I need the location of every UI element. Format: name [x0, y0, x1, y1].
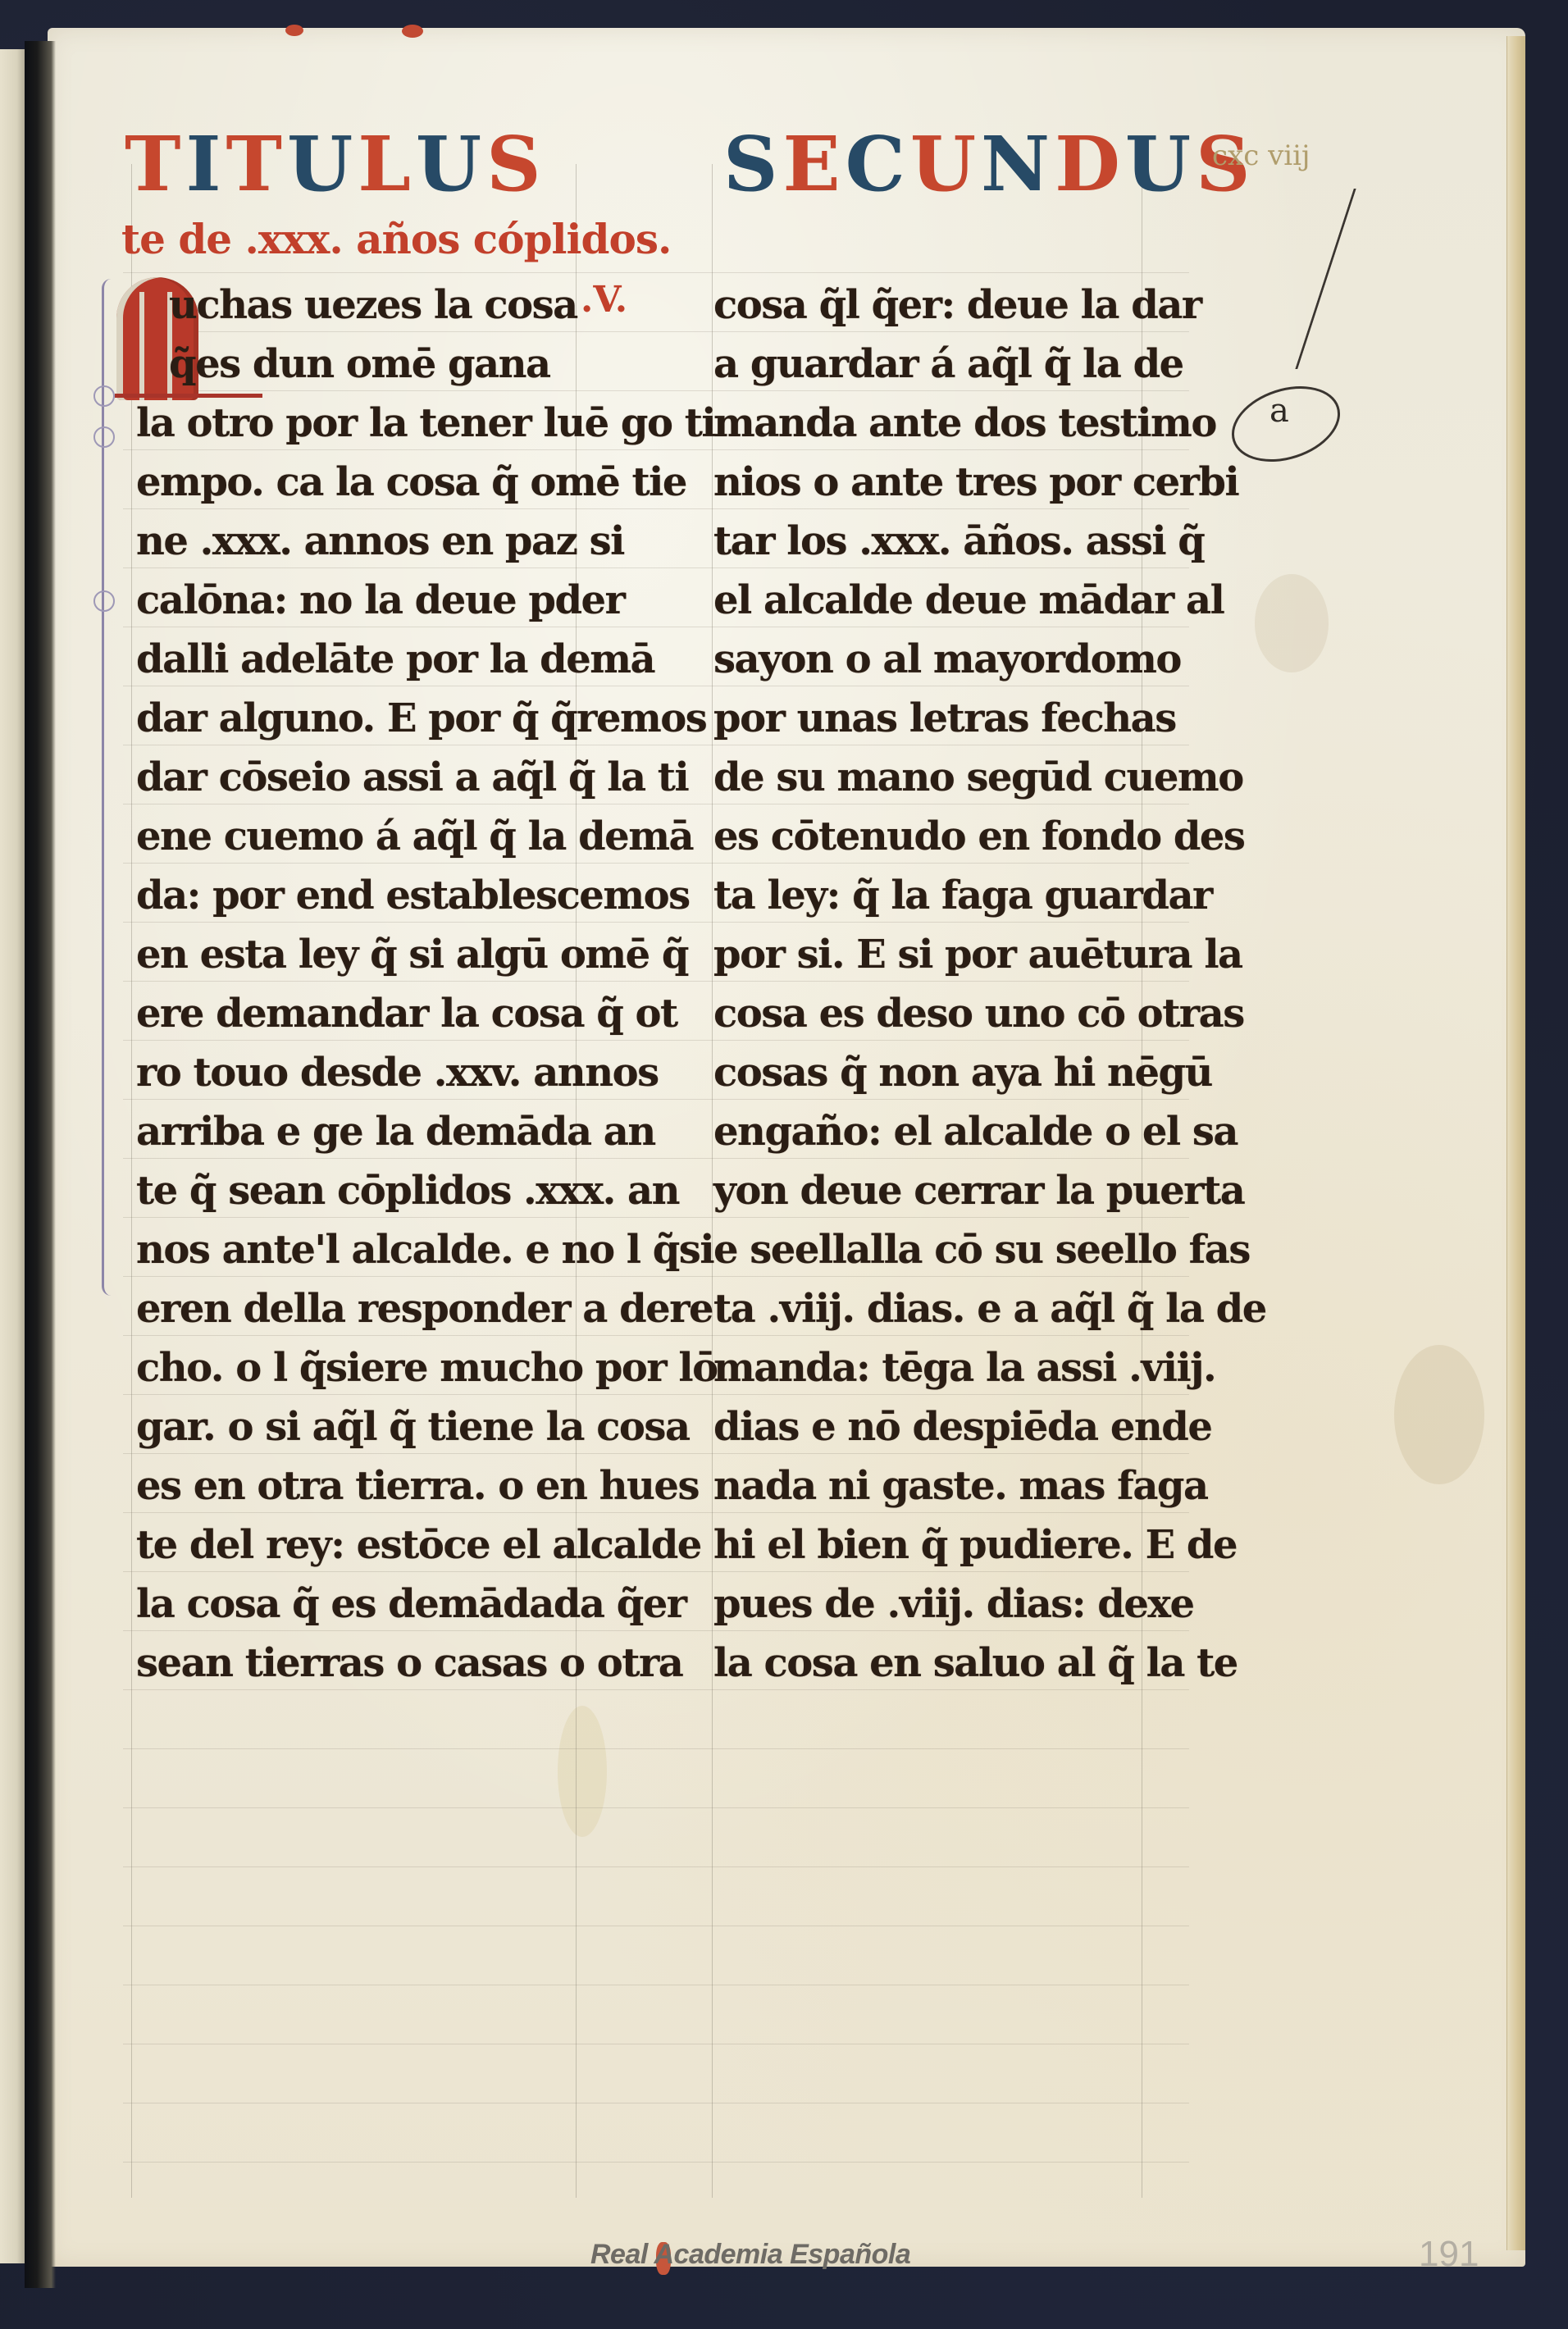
rubric-letter: T [225, 123, 285, 205]
manuscript-line: cosa q̃l q̃er: deue la dar [713, 276, 1189, 335]
manuscript-line: te del rey: estōce el alcalde [136, 1515, 612, 1575]
rubric-letter: U [909, 123, 979, 205]
manuscript-line: gar. o si aq̃l q̃ tiene la cosa [136, 1397, 612, 1456]
stain [1394, 1345, 1484, 1484]
manuscript-line: por unas letras fechas [713, 689, 1189, 748]
text-column-left: uchas uezes la cosaq̃es dun omē ganala o… [136, 276, 612, 1693]
manuscript-line: uchas uezes la cosa [136, 276, 612, 335]
binding-gutter [25, 41, 56, 2288]
page-edge [1506, 36, 1525, 2250]
red-wax-drip [402, 25, 423, 38]
ruling-horizontal [123, 1985, 1189, 1985]
manuscript-line: en esta ley q̃ si algū omē q̃ [136, 925, 612, 984]
rubric-letter: I [184, 123, 224, 205]
rubric-letter: U [414, 123, 485, 205]
manuscript-line: e seellalla cō su seello fas [713, 1220, 1189, 1279]
manuscript-line: la cosa q̃ es demādada q̃er [136, 1575, 612, 1634]
ruling-horizontal [123, 1926, 1189, 1926]
manuscript-line: es cōtenudo en fondo des [713, 807, 1189, 866]
rubric-title-secundus: SECUNDUS [722, 123, 1254, 205]
margin-note-folio-count: cxc viij [1212, 139, 1310, 172]
manuscript-line: sayon o al mayordomo [713, 630, 1189, 689]
rubric-letter: C [844, 123, 909, 205]
ruling-vertical [712, 164, 713, 2198]
manuscript-line: pues de .viij. dias: dexe [713, 1575, 1189, 1634]
manuscript-line: calōna: no la deue pder [136, 571, 612, 630]
watermark-real-academia: Real Academia Española [590, 2239, 910, 2271]
red-wax-drip [285, 25, 303, 36]
folio-number: 191 [1419, 2234, 1479, 2275]
rubric-letter: S [722, 123, 781, 205]
manuscript-line: la cosa en saluo al q̃ la te [713, 1634, 1189, 1693]
manuscript-line: ro touo desde .xxv. annos [136, 1043, 612, 1102]
text-column-right: cosa q̃l q̃er: deue la dara guardar á aq… [713, 276, 1189, 1693]
manuscript-line: ta .viij. dias. e a aq̃l q̃ la de [713, 1279, 1189, 1338]
manuscript-line: hi el bien q̃ pudiere. E de [713, 1515, 1189, 1575]
manuscript-line: eren della responder a dere [136, 1279, 612, 1338]
rubric-subtitle: te de .xxx. años cóplidos. [121, 215, 671, 263]
manuscript-line: nos ante'l alcalde. e no l q̃si [136, 1220, 612, 1279]
signature-letter: a [1269, 392, 1289, 430]
manuscript-line: yon deue cerrar la puerta [713, 1161, 1189, 1220]
rubric-title-titulus: TITULUS [123, 123, 545, 205]
ruling-horizontal [123, 2103, 1189, 2103]
manuscript-line: empo. ca la cosa q̃ omē tie [136, 453, 612, 512]
rubric-letter: E [781, 123, 843, 205]
manuscript-line: nios o ante tres por cerbi [713, 453, 1189, 512]
manuscript-line: ere demandar la cosa q̃ ot [136, 984, 612, 1043]
manuscript-line: engaño: el alcalde o el sa [713, 1102, 1189, 1161]
manuscript-line: dar alguno. E por q̃ q̃remos [136, 689, 612, 748]
rubric-letter: U [285, 123, 356, 205]
flourish-curl [93, 385, 115, 407]
rubric-letter: T [123, 123, 184, 205]
ruling-horizontal [123, 1866, 1189, 1867]
manuscript-line: arriba e ge la demāda an [136, 1102, 612, 1161]
manuscript-line: manda ante dos testimo [713, 394, 1189, 453]
rubric-letter: N [979, 123, 1053, 205]
ruling-horizontal [123, 1807, 1189, 1808]
previous-page-edge [0, 49, 28, 2263]
ruling-horizontal [123, 2162, 1189, 2163]
flourish-curl [93, 426, 115, 448]
manuscript-line: te q̃ sean cōplidos .xxx. an [136, 1161, 612, 1220]
manuscript-line: dalli adelāte por la demā [136, 630, 612, 689]
manuscript-line: q̃es dun omē gana [136, 335, 612, 394]
manuscript-line: ta ley: q̃ la faga guardar [713, 866, 1189, 925]
ruling-horizontal [123, 2044, 1189, 2044]
rubric-letter: S [485, 123, 544, 205]
manuscript-line: dias e nō despiēda ende [713, 1397, 1189, 1456]
flourish-curl [93, 590, 115, 612]
rubric-letter: D [1053, 123, 1124, 205]
manuscript-line: tar los .xxx. āños. assi q̃ [713, 512, 1189, 571]
manuscript-line: el alcalde deue mādar al [713, 571, 1189, 630]
stain [1255, 574, 1329, 672]
manuscript-line: ene cuemo á aq̃l q̃ la demā [136, 807, 612, 866]
ruling-horizontal [123, 1748, 1189, 1749]
manuscript-line: sean tierras o casas o otra [136, 1634, 612, 1693]
manuscript-line: por si. E si por auētura la [713, 925, 1189, 984]
manuscript-line: a guardar á aq̃l q̃ la de [713, 335, 1189, 394]
manuscript-line: nada ni gaste. mas faga [713, 1456, 1189, 1515]
manuscript-line: cosas q̃ non aya hi nēgū [713, 1043, 1189, 1102]
manuscript-line: es en otra tierra. o en hues [136, 1456, 612, 1515]
rubric-letter: L [356, 123, 414, 205]
ruling-vertical [131, 164, 132, 2198]
ruling-horizontal [123, 272, 1189, 273]
manuscript-line: la otro por la tener luē go ti [136, 394, 612, 453]
manuscript-line: cosa es deso uno cō otras [713, 984, 1189, 1043]
manuscript-line: dar cōseio assi a aq̃l q̃ la ti [136, 748, 612, 807]
rubric-letter: U [1124, 123, 1194, 205]
manuscript-line: cho. o l q̃siere mucho por lō [136, 1338, 612, 1397]
stain [558, 1706, 607, 1837]
manuscript-line: da: por end establescemos [136, 866, 612, 925]
manuscript-line: manda: tēga la assi .viij. [713, 1338, 1189, 1397]
manuscript-line: ne .xxx. annos en paz si [136, 512, 612, 571]
manuscript-line: de su mano segūd cuemo [713, 748, 1189, 807]
